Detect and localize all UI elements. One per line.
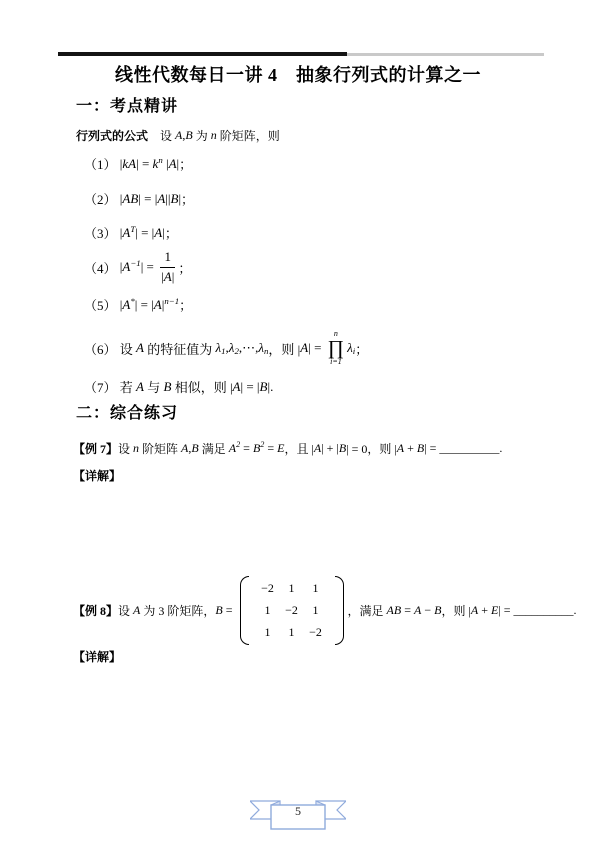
math-mi: A [122, 259, 130, 275]
math-t: − [421, 603, 434, 618]
math-t: （5） [84, 295, 120, 314]
math-t: 设 [118, 602, 133, 619]
math-mi: A [233, 379, 241, 395]
math-mb: 行列式的公式 [76, 127, 148, 144]
math-mb: 【例 8】 [73, 602, 118, 619]
math-mb: 【例 7】 [73, 440, 118, 457]
math-t: 相似，则 | [171, 377, 232, 396]
detail-label-text: 【详解】 [73, 650, 121, 664]
math-msub: 2 [234, 346, 238, 356]
detail-label-text: 【详解】 [73, 469, 121, 483]
math-t: . [574, 603, 577, 618]
math-t: | + | [321, 441, 339, 456]
math-mi: kA [122, 156, 136, 172]
math-t: = [264, 441, 277, 456]
math-mi: B [339, 441, 346, 456]
math-paren paren-r [335, 576, 344, 645]
math-mi: A [314, 441, 321, 456]
math-t: | = | [241, 379, 260, 395]
detail-label-2: 【详解】 [73, 648, 121, 665]
math-mi: B [215, 603, 222, 618]
math-t: （3） [84, 223, 120, 242]
math-paren paren-l [240, 576, 249, 645]
math-t: | = [424, 441, 439, 456]
math-mcell: 1 [289, 625, 295, 640]
math-t: . [499, 441, 502, 456]
math-t: = [223, 603, 236, 618]
math-mi: B [253, 441, 260, 456]
formula-1: （1） |kA| = kn |A|； [84, 154, 192, 173]
math-mi: AB [122, 191, 138, 207]
math-t: __________ [514, 603, 574, 618]
math-mi: A [154, 225, 162, 241]
math-t: 设 [148, 127, 175, 144]
math-t: （1） [84, 154, 120, 173]
math-mmatrix: −2111−2111−2 [240, 576, 344, 645]
math-t: |. [268, 379, 274, 395]
math-t: + [404, 441, 417, 456]
math-t: = [401, 603, 414, 618]
math-mi: E [277, 441, 284, 456]
math-t: （2） [84, 189, 120, 208]
math-t: ； [165, 223, 178, 242]
math-mgrid: −2111−2111−2 [249, 576, 335, 645]
math-mi: B [163, 379, 171, 395]
formula-6: （6） 设 A 的特征值为 λ1,λ2,⋯,λn，则 |A| = n∏i=1λi… [84, 329, 368, 367]
math-msub: i [353, 346, 355, 356]
math-t: | = [136, 156, 152, 172]
math-mi: AB [387, 603, 402, 618]
math-mi: A [133, 603, 140, 618]
formula-5: （5） |A*| = |A|n−1； [84, 295, 192, 314]
math-mi: A [181, 441, 188, 456]
math-mi: A [136, 340, 144, 356]
math-t: 满足 [199, 440, 229, 457]
math-bop: ∏ [328, 339, 344, 357]
math-mi: A [154, 297, 162, 313]
formula-7: （7） 若 A 与 B 相似，则 |A| = |B|. [84, 377, 273, 396]
header-rule [58, 52, 544, 57]
math-mcell: 1 [265, 603, 271, 618]
math-t: （7） 若 [84, 377, 136, 396]
math-t: 的特征值为 [144, 339, 216, 358]
math-msup: n [158, 155, 162, 165]
math-t: + [478, 603, 491, 618]
math-t: | = | [135, 297, 154, 313]
math-msup: T [130, 224, 135, 234]
math-t: | = [498, 603, 513, 618]
math-mi: B [191, 441, 198, 456]
math-t: ； [179, 295, 192, 314]
math-t: ，则 | [268, 339, 300, 358]
intro-line: 行列式的公式 设 A,B 为 n 阶矩阵，则 [76, 127, 280, 144]
math-t: | = 0，则 | [346, 440, 397, 457]
math-t: 设 [118, 440, 133, 457]
math-t: ，则 | [441, 602, 470, 619]
math-t: ，满足 [348, 602, 387, 619]
math-t: | [172, 269, 175, 285]
math-mi: A [175, 128, 182, 143]
page-number: 5 [250, 804, 346, 819]
math-t: （4） [84, 258, 120, 277]
math-mi: A [169, 156, 177, 172]
math-t: 1 [164, 249, 171, 265]
math-t: 阶矩阵，则 [217, 127, 280, 144]
math-t: ； [179, 154, 192, 173]
document-page: 线性代数每日一讲 4 抽象行列式的计算之一 一：考点精讲 行列式的公式 设 A,… [0, 0, 596, 842]
header-rule-gray [347, 53, 544, 56]
math-mi: A [229, 441, 236, 456]
math-t: ； [355, 339, 368, 358]
math-t: | = [141, 259, 157, 275]
header-rule-black [58, 52, 347, 56]
math-mfrac: 1|A| [159, 249, 176, 285]
math-mi: B [170, 191, 178, 207]
math-msup: −1 [130, 258, 140, 268]
math-t: ，且 | [285, 440, 314, 457]
math-mi: A [122, 297, 130, 313]
math-mi: B [417, 441, 424, 456]
example-8-line: 【例 8】设 A 为 3 阶矩阵，B = −2111−2111−2，满足 AB … [73, 580, 577, 640]
math-mi: A [300, 340, 308, 356]
math-msup: * [130, 296, 134, 306]
math-t: 阶矩阵 [139, 440, 181, 457]
math-mi: A [414, 603, 421, 618]
formula-2: （2） |AB| = |A||B|； [84, 189, 194, 208]
math-mi: A [164, 269, 172, 285]
math-mcell: 1 [289, 581, 295, 596]
page-title: 线性代数每日一讲 4 抽象行列式的计算之一 [0, 61, 596, 87]
math-t: = [240, 441, 253, 456]
math-msub: n [264, 346, 268, 356]
math-t: ； [178, 258, 191, 277]
math-mi: A [471, 603, 478, 618]
math-mi: A [136, 379, 144, 395]
math-t: | = | [138, 191, 157, 207]
math-msup: 2 [260, 440, 264, 449]
math-t: 为 3 阶矩阵， [140, 602, 215, 619]
formula-4: （4） |A−1| = 1|A|； [84, 249, 191, 285]
formula-3: （3） |AT| = |A|； [84, 223, 178, 242]
math-mcell: −2 [261, 581, 274, 596]
math-mi: B [260, 379, 268, 395]
math-mcell: 1 [313, 603, 319, 618]
math-t: 与 [144, 377, 164, 396]
math-mcell: −2 [309, 625, 322, 640]
math-bsub: i=1 [330, 358, 342, 366]
math-mcell: 1 [265, 625, 271, 640]
math-fden: |A| [159, 268, 176, 285]
math-t: __________ [439, 441, 499, 456]
math-mi: B [434, 603, 441, 618]
math-t: | = [308, 340, 324, 356]
math-t: | = | [135, 225, 154, 241]
math-t: 为 [193, 127, 211, 144]
math-mi: A [157, 191, 165, 207]
math-msup: n−1 [164, 296, 179, 306]
section-heading-exercises: 二：综合练习 [76, 400, 178, 423]
math-t: ； [181, 189, 194, 208]
math-mcell: 1 [313, 581, 319, 596]
math-mbigop: n∏i=1 [328, 330, 344, 366]
math-mi: E [491, 603, 498, 618]
math-mcell: −2 [285, 603, 298, 618]
example-7-line: 【例 7】设 n 阶矩阵 A,B 满足 A2 = B2 = E，且 |A| + … [73, 440, 502, 457]
math-msub: 1 [221, 346, 225, 356]
math-mi: A [397, 441, 404, 456]
math-mi: B [185, 128, 192, 143]
section-heading-key-points: 一：考点精讲 [76, 93, 178, 116]
math-mi: A [122, 225, 130, 241]
math-t: ,⋯, [239, 340, 259, 356]
math-t: （6） 设 [84, 339, 136, 358]
math-fnum: 1 [160, 249, 175, 267]
detail-label-1: 【详解】 [73, 467, 121, 484]
math-msup: 2 [236, 440, 240, 449]
page-footer-ribbon: 5 [250, 797, 346, 831]
